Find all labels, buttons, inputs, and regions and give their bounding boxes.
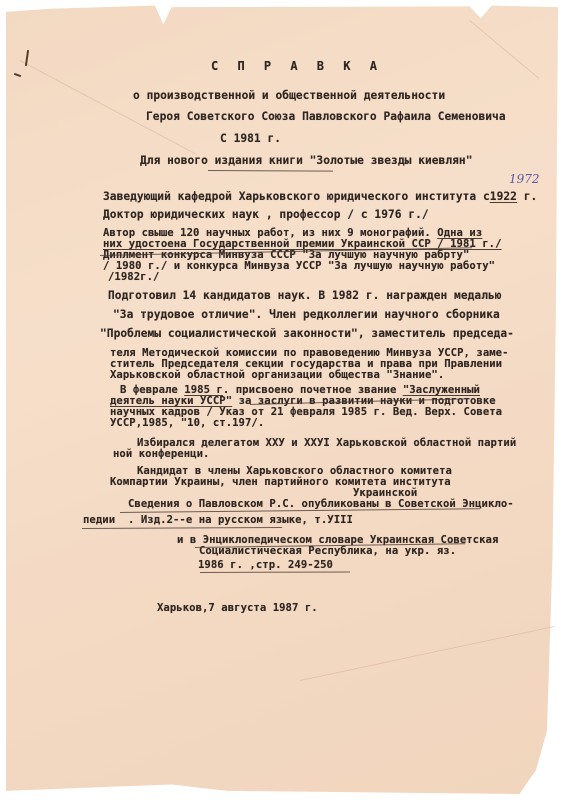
body-line: Доктор юридических наук , профессор / с … (103, 209, 429, 221)
handwritten-year-correction: 1972 (509, 172, 540, 186)
since-date: С 1981 г. (220, 133, 281, 145)
body-line: Социалистическая Республика, на укр. яз. (199, 546, 456, 557)
body-line: "Проблемы социалистической законности", … (100, 328, 514, 340)
subtitle-line-2: Героя Советского Союза Павловского Рафаи… (146, 111, 506, 123)
body-line: /1982г./ (108, 272, 159, 283)
body-line: Заведующий кафедрой Харьковского юридиче… (103, 191, 537, 203)
body-line: 1986 г. ,стр. 249-250 (198, 560, 333, 571)
purpose-line: Для нового издания книги "Золотые звезды… (140, 155, 473, 167)
place-and-date: Харьков,7 августа 1987 г. (157, 603, 318, 614)
body-line: Подготовил 14 кандидатов наук. В 1982 г.… (108, 290, 502, 302)
body-line: "За трудовое отличие". Член редколлегии … (113, 309, 500, 321)
body-line: ной конференци. (113, 449, 209, 460)
body-line: педии . Изд.2--е на русском языке, т.УII… (83, 515, 353, 526)
text-span: г. (517, 190, 537, 203)
body-line: Харьковской областной организации общест… (110, 370, 444, 381)
body-line: УССР,1985, "10, ст.197/. (110, 418, 264, 429)
document-title: С П Р А В К А (211, 60, 383, 72)
text-span: Заведующий кафедрой Харьковского юридиче… (103, 190, 490, 203)
crossed-year: 1922 (490, 190, 517, 203)
subtitle-line-1: о производственной и общественной деятел… (133, 90, 445, 102)
body-line: / 1980 г./ и конкурса Минвуза УССР "За л… (103, 261, 495, 272)
